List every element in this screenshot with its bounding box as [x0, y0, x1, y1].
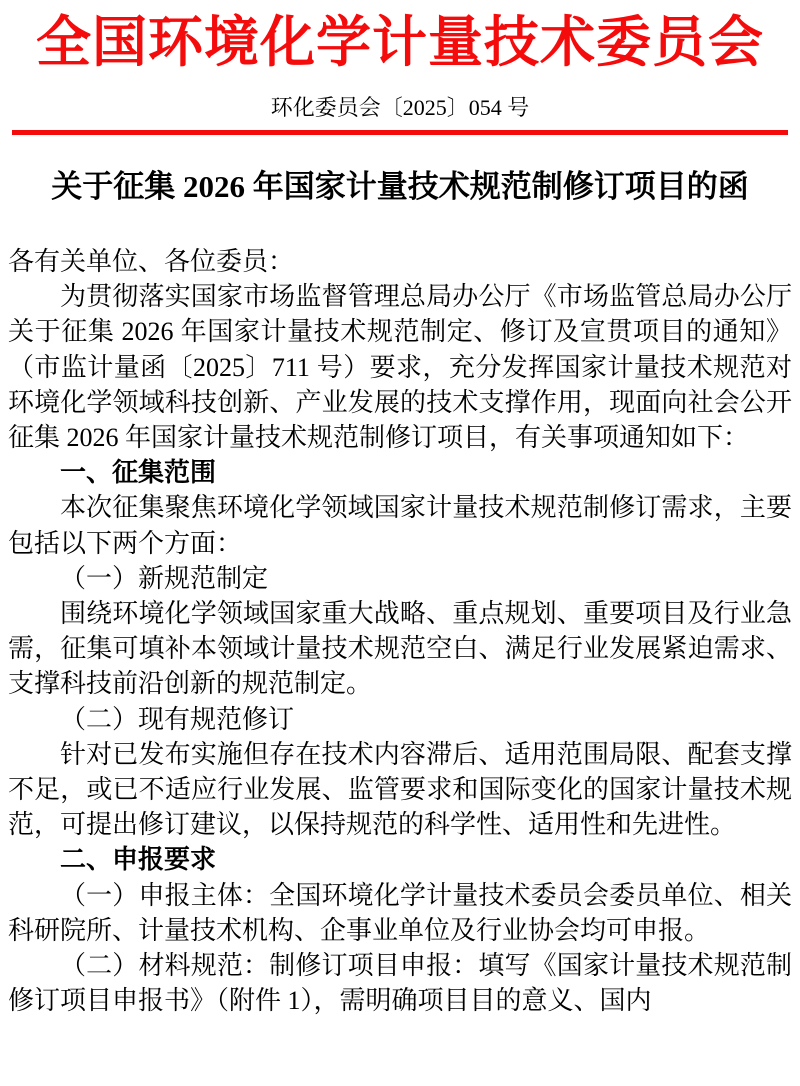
- subsection-title: （一）新规范制定: [8, 561, 792, 596]
- red-separator-line: [12, 130, 788, 135]
- body-paragraph: 本次征集聚焦环境化学领域国家计量技术规范制修订需求，主要包括以下两个方面：: [8, 490, 792, 560]
- document-body: 各有关单位、各位委员： 为贯彻落实国家市场监督管理总局办公厅《市场监管总局办公厅…: [8, 244, 792, 1018]
- committee-header-title: 全国环境化学计量技术委员会: [10, 8, 790, 78]
- body-paragraph: 为贯彻落实国家市场监督管理总局办公厅《市场监管总局办公厅关于征集 2026 年国…: [8, 279, 792, 455]
- body-paragraph: （一）申报主体：全国环境化学计量技术委员会委员单位、相关科研院所、计量技术机构、…: [8, 878, 792, 948]
- body-paragraph: （二）材料规范：制修订项目申报：填写《国家计量技术规范制修订项目申报书》（附件 …: [8, 948, 792, 1018]
- salutation-line: 各有关单位、各位委员：: [8, 244, 792, 279]
- body-paragraph: 针对已发布实施但存在技术内容滞后、适用范围局限、配套支撑不足，或已不适应行业发展…: [8, 737, 792, 843]
- section-heading-2: 二、申报要求: [8, 842, 792, 877]
- document-page: 全国环境化学计量技术委员会 环化委员会〔2025〕054 号 关于征集 2026…: [0, 8, 800, 1086]
- subsection-title: （二）现有规范修订: [8, 702, 792, 737]
- document-title: 关于征集 2026 年国家计量技术规范制修订项目的函: [20, 166, 780, 208]
- body-paragraph: 围绕环境化学领域国家重大战略、重点规划、重要项目及行业急需，征集可填补本领域计量…: [8, 596, 792, 702]
- document-number: 环化委员会〔2025〕054 号: [0, 95, 800, 121]
- section-heading-1: 一、征集范围: [8, 455, 792, 490]
